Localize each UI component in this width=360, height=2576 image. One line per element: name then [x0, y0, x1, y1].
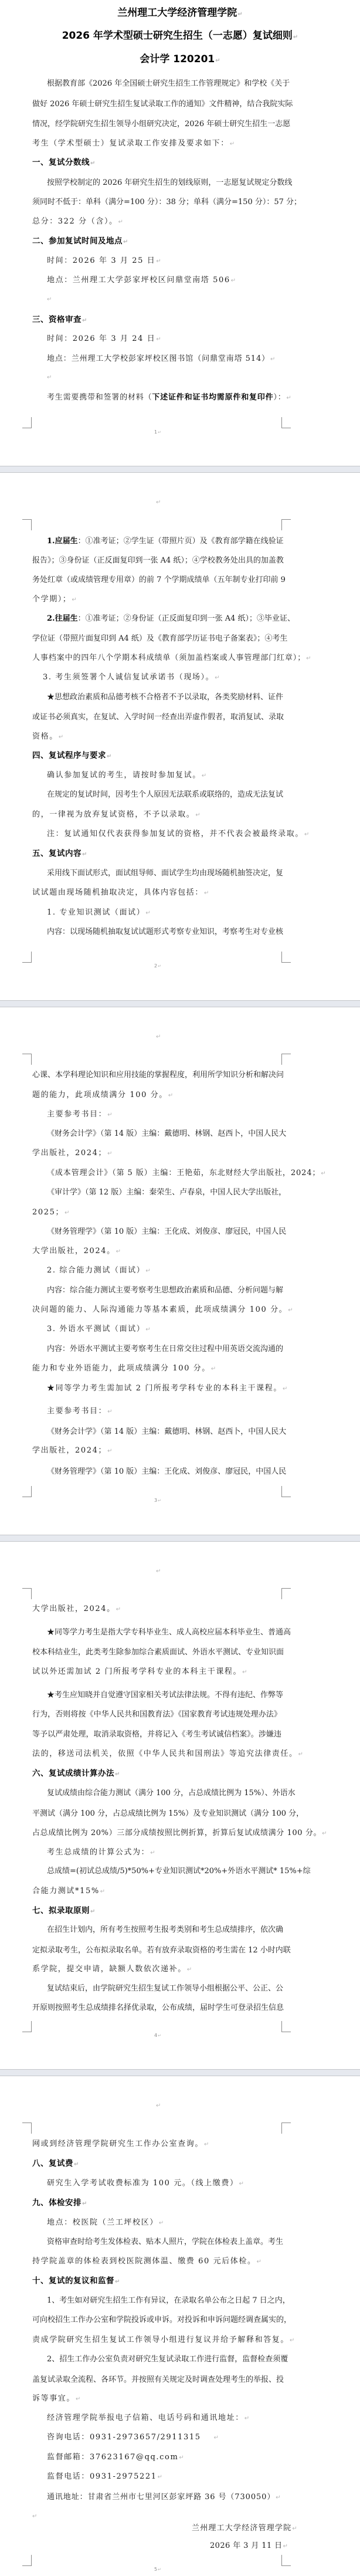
test1-content: 心课、本学科理论知识和应用技能的掌握程度，利用所学知识分析和解决问 [32, 1070, 281, 1081]
page-corner-mark [22, 417, 32, 428]
equivalent-extra-courses: ★同等学力考生需加试 2 门所报考学科专业的本科主干课程。↵ [47, 1383, 287, 1394]
past-graduate-materials: 学位证（带照片面复印到 A4 纸）及《教育部学历证书电子备案表》；④考生 [32, 634, 281, 644]
page-corner-mark [281, 1588, 291, 1599]
test2-title: 2. 综合能力测试（面试）↵ [47, 1265, 151, 1276]
page-number: 5↵ [154, 2567, 162, 2572]
interview-time: 时间：2026 年 3 月 25 日↵ [47, 256, 161, 266]
past-graduate-materials: 2.往届生：①准考证；②身份证（正反面复印到一张 A4 纸）；③毕业证、 [47, 614, 281, 624]
test2-content: 内容：综合能力测试主要考察考生思想政治素质和品德、分析问题与解 [47, 1285, 281, 1296]
intro-line: 根据教育部《2026 年全国硕士研究生招生工作管理规定》和学校《关于 [47, 79, 281, 89]
empty-paragraph-mark: ↵ [47, 296, 52, 303]
page-corner-mark [22, 1054, 32, 1065]
equivalent-definition: 校本科结业生，此类考生除参加综合素质面试、外语水平测试、专业知识面 [32, 1647, 281, 1658]
admission-principle: 在招生计划内，所有考生按照考生报考类别和考生总成绩排序，依次确 [47, 1925, 281, 1935]
fresh-graduate-materials: 报告》；③身份证（正反面复印到一张 A4 纸）；④学校教务处出具的加盖教 [32, 556, 281, 566]
page-corner-mark [22, 2021, 32, 2032]
test3-content: 内容：外语水平测试主要考察考生在日常交往过程中用英语交流沟通的 [47, 1344, 281, 1355]
signature-date: 2026 年 3 月 11 日↵ [210, 2541, 288, 2551]
equivalent-definition: 试以外还需加试 2 门所报考学科专业的本科主干课程。↵ [32, 1667, 247, 1677]
heading-procedure: 四、复试程序与要求↵ [32, 750, 111, 762]
page-corner-mark [22, 1486, 32, 1497]
law-compliance: ★考生应知晓并自觉遵守国家相关考试法律法规。不得有违纪、作弊等 [47, 1690, 281, 1701]
appeal-item: 可向校招生工作办公室和学院投诉或申诉。对投诉和申诉问题经调查属实的， [32, 2315, 281, 2325]
interview-place: 地点：兰州理工大学彭家坪校区问鼎堂南塔 506↵ [47, 275, 236, 286]
reference-book: 《审计学》（第 12 版）主编：秦荣生、卢春泉，中国人民大学出版社， [47, 1187, 279, 1198]
review-time: 时间：2026 年 3 月 24 日↵ [47, 334, 161, 344]
supervise-email[interactable]: 监督邮箱：37623167@qq.com↵ [47, 2452, 184, 2463]
past-graduate-materials: 人事档案中的四年八个学期本科成绩单（须加盖档案或人事管理部门红章）；↵ [32, 653, 311, 664]
law-compliance: 法的，移送司法机关，依照《中华人民共和国刑法》等追究法律责任。↵ [32, 1749, 303, 1759]
signature-org: 兰州理工大学经济管理学院↵ [192, 2523, 297, 2534]
law-compliance: 等予以严肃处理，取消录取资格，并将记入《考生考试诚信档案》。涉嫌违 [32, 1729, 281, 1740]
integrity-pledge: 3. 考生须签署个人诚信复试承诺书（现场）。↵ [43, 672, 220, 683]
content-intro: 采用线下面试形式，面试组导师、面试学生均由现场随机抽签决定，复 [47, 868, 281, 879]
reference-book: 《财务会计学》（第 14 版）主编：戴德明、林钢、赵西卜，中国人民大 [47, 1427, 281, 1437]
page-corner-mark [22, 2555, 32, 2566]
total-score-formula: 合能力测试*15%↵ [32, 1886, 105, 1897]
heading-score-line: 一、复试分数线↵ [32, 157, 95, 169]
intro-line: 情况，经学院研究生招生领导小组研究决定，2026 年硕士研究生招生一志愿 [32, 119, 281, 130]
intro-line: 做好 2026 年硕士研究生招生复试录取工作的通知》文件精神，结合我院实际 [32, 99, 281, 110]
supervision-item: 盖复试录取全流程、各环节。并按照有关规定及时调查处理考生的举报、投 [32, 2375, 281, 2385]
refs-label: 主要参考书目：↵ [47, 1109, 113, 1120]
heading-content: 五、复试内容↵ [32, 848, 87, 860]
test1-content: 内容：以现场随机抽取复试试题形式考察专业知识，考察考生对专业核 [47, 927, 281, 937]
page-gap [0, 1535, 360, 1542]
page-1: 兰州理工大学经济管理学院↵ 2026 年学术型硕士研究生招生（一志愿）复试细则↵… [0, 0, 360, 466]
refs-label: 主要参考书目：↵ [47, 1406, 113, 1417]
page-number: 1↵ [154, 429, 162, 435]
test1-title: 1. 专业知识测试（面试）↵ [47, 908, 151, 918]
appeal-item: 1、考生如对研究生招生工作有异议，在录取名单公布之日起 7 日之内， [47, 2296, 279, 2306]
formula-label: 考生总成绩的计算公式为：↵ [47, 1847, 155, 1858]
page-corner-mark [281, 417, 291, 428]
page-corner-mark [281, 519, 291, 530]
admission-after-interview: 开原则按照考生总成绩排名择优录取，公布成绩，届时学生可登录招生信息 [32, 2003, 281, 2013]
page-corner-mark [22, 1588, 32, 1599]
interview-fee: 研究生入学考试收费标准为 100 元。（线上缴费）↵ [47, 2178, 244, 2189]
physical-exam-text: 资格审查时给考生发体检表、贴本人照片，学院在体检表上盖章。考生 [47, 2237, 281, 2247]
fresh-graduate-materials: 务处红章（或成绩管理专用章）的前 7 个学期成绩单（五年制专业打印前 9 [32, 575, 281, 585]
fresh-graduate-materials: 1.应届生：①准考证；②学生证（带照片页）及《教育部学籍在线验证 [47, 536, 281, 547]
test3-content: 能力和专业外语能力，此项成绩满分 100 分。↵ [32, 1363, 216, 1374]
procedure-absent: 的，一律视为放弃复试资格，不予以录取。↵ [32, 810, 201, 820]
heading-qualification-review: 三、资格审查↵ [32, 314, 87, 326]
heading-interview-fee: 八、复试费↵ [32, 2158, 79, 2170]
admission-principle: 系学院，提交申请，缺额人数依次递补。↵ [32, 1964, 192, 1975]
page-number: 4↵ [154, 2033, 162, 2039]
page-gap [0, 1000, 360, 1007]
page-corner-mark [281, 1054, 291, 1065]
admission-principle: 定拟录取考生，公布拟录取名单。若有放弃录取资格的考生需在 12 小时内联 [32, 1945, 281, 1956]
reference-book: 学出版社，2024；↵ [32, 1446, 112, 1456]
physical-exam-place: 地点：校医院（兰工坪校区）↵ [47, 2218, 164, 2228]
review-place: 地点：兰州理工大学校彭家坪校区图书馆（问鼎堂南塔 514）↵ [47, 354, 275, 364]
page-corner-mark [22, 952, 32, 963]
reference-book: 《财务管理学》（第 10 版）主编：王化成、刘俊彦、廖冠民，中国人民 [47, 1227, 281, 1237]
score-calculation: 复试成绩由综合能力测试（满分 100 分，占总成绩比例为 15%）、外语水 [47, 1788, 281, 1799]
supervision-item: 2、招生工作办公室负责对研究生复试录取工作进行监督，监督检查须覆 [47, 2354, 281, 2365]
page-corner-mark [281, 2123, 291, 2134]
intro-line: 考生（学术型硕士）复试录取工作安排及要求如下：↵ [32, 138, 235, 149]
supervise-phone: 监督电话：0931-2975221↵ [47, 2472, 162, 2482]
page-5: ↵ 网或到经济管理学院研究生工作办公室查询。↵ 八、复试费↵ 研究生入学考试收费… [0, 2076, 360, 2576]
ideology-note: 资格。↵ [32, 732, 63, 742]
test3-title: 3. 外语水平测试（面试）↵ [47, 1324, 151, 1335]
score-calculation: 平测试（满分 100 分，占总成绩比例为 15%）及专业知识测试（满分 100 … [32, 1809, 281, 1819]
physical-exam-text: 持学院盖章的体检表到校医院测体温、缴费 60 元后体检。↵ [32, 2256, 261, 2267]
equivalent-definition: ★同等学力考生是指大学专科毕业生、成人高校应届本科毕业生、普通高 [47, 1627, 281, 1638]
law-compliance: 行为，否则将按《中华人民共和国教育法》《国家教育考试违规处理办法》 [32, 1710, 281, 1720]
supervision-item: 诉等事宜。↵ [32, 2394, 80, 2404]
page-4: ↵ 大学出版社，2024。↵ ★同等学力考生是指大学专科毕业生、成人高校应届本科… [0, 1542, 360, 2069]
score-line-text: 须同时不低于：单科（满分=100 分）：38 分；单科（满分=150 分）：57… [32, 197, 281, 208]
reference-book: 学出版社，2024；↵ [32, 1148, 112, 1159]
header-paragraph-mark: ↵ [156, 1568, 161, 1575]
total-score-formula: 总成绩=(初试总成绩/5)*50%+专业知识测试*20%+外语水平测试* 15%… [47, 1866, 281, 1877]
page-gap [0, 466, 360, 473]
empty-paragraph-mark: ↵ [32, 2513, 37, 2520]
page-gap [0, 2069, 360, 2076]
doc-title-major: 会计学 120201↵ [0, 52, 360, 68]
doc-title-institution: 兰州理工大学经济管理学院↵ [0, 6, 360, 22]
reference-book: 《财务管理学》（第 10 版）主编：王化成、刘俊彦、廖冠民，中国人民 [47, 1467, 281, 1477]
reference-book: 2025；↵ [32, 1207, 69, 1218]
page-corner-mark [281, 2555, 291, 2566]
ideology-note: ★思想政治素质和品德考核不合格者不予以录取，各类奖励材料、证件 [47, 692, 281, 703]
empty-paragraph-mark: ↵ [47, 374, 52, 381]
reference-book: 《成本管理会计》（第 5 版）主编：王艳茹，东北财经大学出版社，2024；↵ [47, 1168, 326, 1179]
procedure-absent: 在规定的复试时间，因考生个人原因无法联系或联络的，造成无法复试 [47, 790, 281, 800]
reference-book: 大学出版社，2024。↵ [32, 1246, 121, 1257]
score-calculation: 占总成绩比例为 20%）三部分成绩按照比例折算，折算后复试成绩满分 100 分。… [32, 1828, 327, 1839]
page-corner-mark [22, 519, 32, 530]
header-paragraph-mark: ↵ [156, 1034, 161, 1041]
score-line-text: 按照学校制定的 2026 年研究生招生的划线原则，一志愿复试规定分数线 [47, 178, 281, 188]
doc-title-main: 2026 年学术型硕士研究生招生（一志愿）复试细则↵ [0, 29, 360, 45]
header-paragraph-mark: ↵ [156, 499, 161, 506]
heading-interview-time-place: 二、参加复试时间及地点↵ [32, 236, 128, 248]
contact-intro: 经济管理学院举报电子信箱、电话号码和通讯地址：↵ [47, 2413, 249, 2423]
heading-review-supervision: 十、复试的复议和监督↵ [32, 2276, 120, 2287]
page-corner-mark [281, 2021, 291, 2032]
consult-phone: 咨询电话：0931-2973657/2911315↵ [47, 2432, 219, 2443]
procedure-confirm: 确认参加复试的考生，请按时参加复试。↵ [47, 770, 206, 781]
admission-after-interview: 网或到经济管理学院研究生工作办公室查询。↵ [32, 2139, 209, 2150]
reference-book: 《财务会计学》（第 14 版）主编：戴德明、林钢、赵西卜，中国人民大 [47, 1129, 281, 1139]
score-line-text: 总分：322 分（含）。↵ [32, 216, 123, 227]
heading-admission-principle: 七、拟录取原则↵ [32, 1905, 95, 1917]
procedure-note: 注：复试通知仅代表获得参加复试的资格，并不代表会被最终录取。↵ [47, 829, 309, 840]
mailing-address: 通讯地址：甘肃省兰州市七里河区彭家坪路 36 号（730050）↵ [47, 2492, 281, 2503]
header-paragraph-mark: ↵ [156, 2103, 161, 2110]
fresh-graduate-materials: 个学期）；↵ [32, 594, 77, 605]
materials-intro: 考生需要携带和签署的材料（下述证件和证书均需原件和复印件）：↵ [47, 392, 291, 403]
heading-score-calculation: 六、复试成绩计算办法↵ [32, 1768, 120, 1780]
test1-content: 题的能力，此项成绩满分 100 分。↵ [32, 1090, 173, 1101]
page-corner-mark [22, 2123, 32, 2134]
page-2: ↵ 1.应届生：①准考证；②学生证（带照片页）及《教育部学籍在线验证 报告》；③… [0, 473, 360, 1000]
test2-content: 决问题的能力、人际沟通能力等基本素质，此项成绩满分 100 分。↵ [32, 1305, 293, 1315]
ideology-note: 或证书必须真实，在复试、入学时间一经查出弄虚作假者，取消复试、录取 [32, 712, 281, 723]
page-number: 2↵ [154, 963, 162, 969]
page-corner-mark [281, 1486, 291, 1497]
appeal-item: 责成学院研究生招生复试工作领导小组进行复议并给予解释和答复。↵ [32, 2335, 294, 2345]
page-3: ↵ 心课、本学科理论知识和应用技能的掌握程度，利用所学知识分析和解决问 题的能力… [0, 1007, 360, 1535]
page-number: 3↵ [154, 1498, 162, 1504]
heading-physical-exam: 九、体检安排↵ [32, 2198, 87, 2209]
page-corner-mark [281, 952, 291, 963]
reference-book: 大学出版社，2024。↵ [32, 1604, 121, 1614]
admission-after-interview: 复试结束后，由学院研究生招生复试工作领导小组根据公平、公正、公 [47, 1983, 281, 1994]
content-intro: 试试题由现场随机抽取决定，具体内容包括：↵ [32, 888, 209, 898]
